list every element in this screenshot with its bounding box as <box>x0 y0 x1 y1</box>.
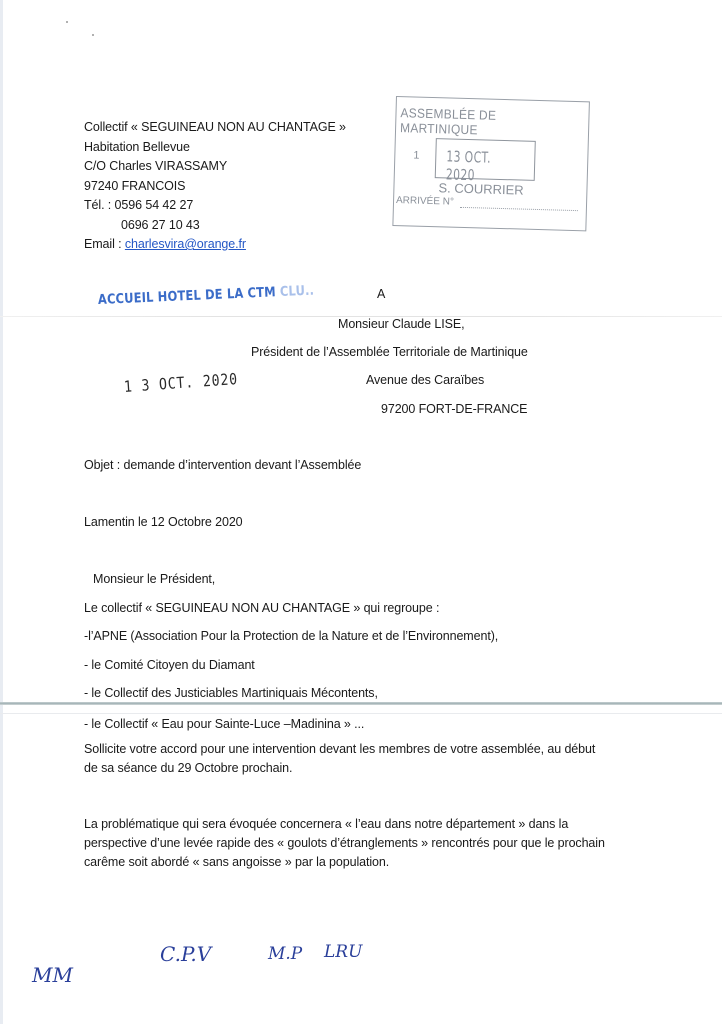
sender-organisation: Collectif « SEGUINEAU NON AU CHANTAGE » <box>84 118 346 138</box>
scan-specks <box>64 20 104 40</box>
sender-address: Habitation Bellevue <box>84 138 346 158</box>
sender-phone2: 0696 27 10 43 <box>84 216 346 236</box>
accueil-date-stamp: 1 3 OCT. 2020 <box>123 370 238 396</box>
email-link[interactable]: charlesvira@orange.fr <box>125 237 246 251</box>
place-date: Lamentin le 12 Octobre 2020 <box>84 513 243 532</box>
issue-line: La problématique qui sera évoquée concer… <box>84 815 568 834</box>
subject-line: Objet : demande d’intervention devant l’… <box>84 456 361 475</box>
sender-block: Collectif « SEGUINEAU NON AU CHANTAGE » … <box>84 118 346 255</box>
scan-edge <box>0 0 3 1024</box>
email-label: Email : <box>84 237 125 251</box>
stamp-service: S. COURRIER <box>438 180 524 197</box>
salutation: Monsieur le Président, <box>93 570 215 589</box>
stamp-date-box: 13 OCT. 2020 <box>435 138 536 181</box>
sender-phone: Tél. : 0596 54 42 27 <box>84 196 346 216</box>
stamp-date: 13 OCT. 2020 <box>446 147 517 185</box>
recipient-title: Président de l’Assemblée Territoriale de… <box>251 343 528 362</box>
handwritten-initials: M.P <box>268 944 302 964</box>
recipient-city: 97200 FORT-DE-FRANCE <box>381 400 527 419</box>
sender-care-of: C/O Charles VIRASSAMY <box>84 157 346 177</box>
accueil-stamp-text: ACCUEIL HOTEL DE LA CTM <box>98 284 276 308</box>
recipient-to: A <box>377 285 385 304</box>
scanned-letter-page: Collectif « SEGUINEAU NON AU CHANTAGE » … <box>0 0 722 1024</box>
stamp-arrival-label: ARRIVÉE N° <box>396 195 454 208</box>
reception-stamp: ASSEMBLÉE DE MARTINIQUE 1 13 OCT. 2020 S… <box>392 96 590 231</box>
member-item: - le Collectif des Justiciables Martiniq… <box>84 684 378 703</box>
handwritten-initials: MM <box>32 963 73 987</box>
sender-city: 97240 FRANCOIS <box>84 177 346 197</box>
issue-line: perspective d’une levée rapide des « gou… <box>84 834 605 853</box>
member-item: - le Comité Citoyen du Diamant <box>84 656 255 675</box>
handwritten-initials: LRU <box>324 942 362 962</box>
accueil-stamp-faded: CLU.. <box>275 283 314 301</box>
stamp-title: ASSEMBLÉE DE MARTINIQUE <box>400 105 574 140</box>
recipient-name: Monsieur Claude LISE, <box>338 315 464 334</box>
stamp-arrival-dots <box>460 207 578 211</box>
scan-fold-line <box>0 702 722 705</box>
recipient-street: Avenue des Caraïbes <box>366 371 484 390</box>
member-item: -l’APNE (Association Pour la Protection … <box>84 627 498 646</box>
member-item: - le Collectif « Eau pour Sainte-Luce –M… <box>84 715 364 734</box>
handwritten-initials: C.P.V <box>160 942 211 966</box>
request-line: Sollicite votre accord pour une interven… <box>84 740 595 759</box>
sender-email-line: Email : charlesvira@orange.fr <box>84 235 346 255</box>
stamp-number: 1 <box>413 150 419 162</box>
request-line: de sa séance du 29 Octobre prochain. <box>84 759 292 778</box>
scan-artifact-line <box>0 713 722 714</box>
accueil-stamp: ACCUEIL HOTEL DE LA CTM CLU.. <box>98 283 315 308</box>
body-intro: Le collectif « SEGUINEAU NON AU CHANTAGE… <box>84 599 439 618</box>
issue-line: carême soit abordé « sans angoisse » par… <box>84 853 389 872</box>
